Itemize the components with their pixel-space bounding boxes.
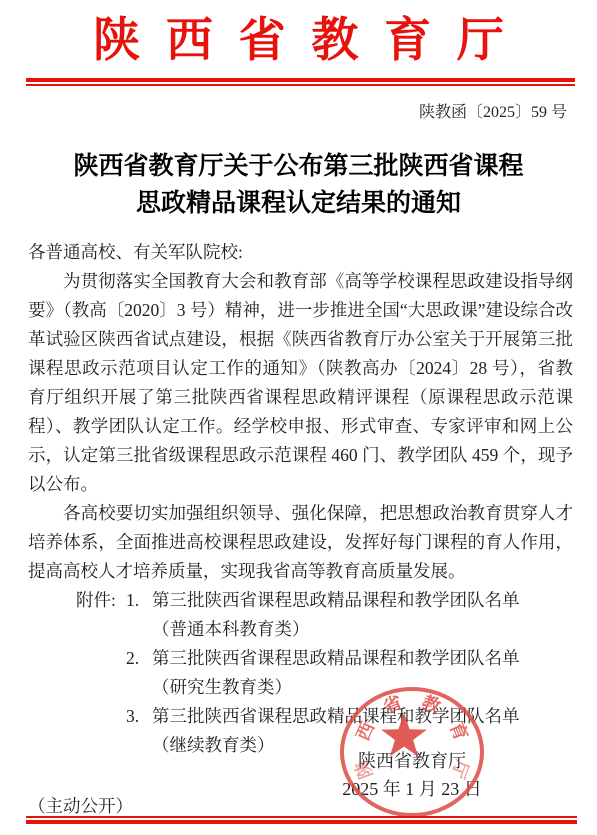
att-spacer xyxy=(76,615,126,644)
document-body: 各普通高校、有关军队院校: 为贯彻落实全国教育大会和教育部《高等学校课程思政建设… xyxy=(28,238,573,760)
att-spacer xyxy=(76,673,126,702)
attachment-2-number: 2. xyxy=(126,644,152,673)
header-divider-thick-line xyxy=(26,78,575,82)
header-divider xyxy=(26,78,575,86)
att-spacer xyxy=(76,644,126,673)
footer-divider xyxy=(26,816,577,824)
attachment-1-number: 1. xyxy=(126,586,152,615)
att-spacer xyxy=(126,673,152,702)
attachments-label: 附件: xyxy=(76,586,126,615)
attachment-2-category: （研究生教育类） xyxy=(152,673,573,702)
signature-block: 陕西省教育厅 2025 年 1 月 23 日 xyxy=(332,747,492,803)
att-spacer xyxy=(76,702,126,731)
signature-date: 2025 年 1 月 23 日 xyxy=(332,775,492,803)
att-spacer xyxy=(126,615,152,644)
document-page: 陕 西 省 教 育 厅 陕教函〔2025〕59 号 陕西省教育厅关于公布第三批陕… xyxy=(0,0,597,835)
doc-title: 陕西省教育厅关于公布第三批陕西省课程思政精品课程认定结果的通知 xyxy=(30,148,567,222)
disclosure-note: （主动公开） xyxy=(28,793,133,818)
footer-divider-thick-line xyxy=(26,820,577,824)
paragraph-2: 各高校要切实加强组织领导、强化保障，把思想政治教育贯穿人才培养体系，全面推进高校… xyxy=(28,499,573,586)
doc-number: 陕教函〔2025〕59 号 xyxy=(0,102,567,124)
agency-header: 陕 西 省 教 育 厅 xyxy=(0,0,597,70)
paragraph-1: 为贯彻落实全国教育大会和教育部《高等学校课程思政建设指导纲要》（教高〔2020〕… xyxy=(28,267,573,499)
footer-divider-thin-line xyxy=(26,816,577,818)
attachment-3-title: 第三批陕西省课程思政精品课程和教学团队名单 xyxy=(152,702,573,731)
att-spacer xyxy=(126,731,152,760)
doc-title-line1: 陕西省教育厅关于公布第三批陕西省课程 xyxy=(73,153,523,180)
doc-title-line2: 思政精品课程认定结果的通知 xyxy=(136,190,461,217)
attachment-1-category: （普通本科教育类） xyxy=(152,615,573,644)
salutation: 各普通高校、有关军队院校: xyxy=(28,238,573,267)
att-spacer xyxy=(76,731,126,760)
signature-agency: 陕西省教育厅 xyxy=(332,747,492,775)
header-divider-thin-line xyxy=(26,84,575,86)
attachment-3-number: 3. xyxy=(126,702,152,731)
attachments-list: 附件: 1. 第三批陕西省课程思政精品课程和教学团队名单 （普通本科教育类） 2… xyxy=(76,586,573,760)
attachment-2-title: 第三批陕西省课程思政精品课程和教学团队名单 xyxy=(152,644,573,673)
attachment-1-title: 第三批陕西省课程思政精品课程和教学团队名单 xyxy=(152,586,573,615)
